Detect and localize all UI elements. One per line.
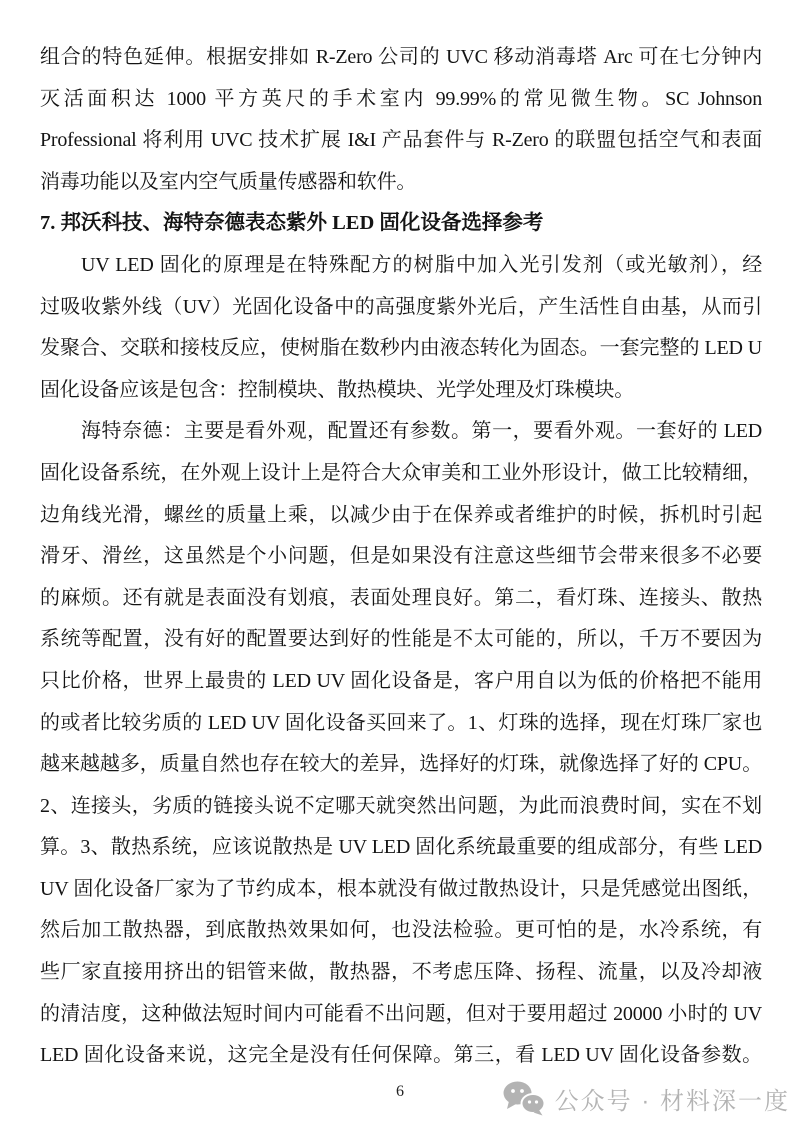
text-line: 发聚合、交联和接枝反应，使树脂在数秒内由液态转化为固态。一套完整的 LED U [40, 328, 762, 370]
text-line: 灭活面积达 1000 平方英尺的手术室内 99.99%的常见微生物。SC Joh… [40, 79, 762, 121]
watermark-label: 公众号 · 材料深一度 [555, 1081, 790, 1116]
text-line: 滑牙、滑丝，这虽然是个小问题，但是如果没有注意这些细节会带来很多不必要 [40, 536, 762, 578]
section-heading: 7. 邦沃科技、海特奈德表态紫外 LED 固化设备选择参考 [40, 203, 762, 245]
text-line: 固化设备系统，在外观上设计上是符合大众审美和工业外形设计，做工比较精细， [40, 453, 762, 495]
watermark: 公众号 · 材料深一度 [503, 1080, 790, 1116]
text-line: 的或者比较劣质的 LED UV 固化设备买回来了。1、灯珠的选择，现在灯珠厂家也 [40, 703, 762, 745]
text-line: 只比价格，世界上最贵的 LED UV 固化设备是，客户用自以为低的价格把不能用 [40, 661, 762, 703]
text-line: 2、连接头，劣质的链接头说不定哪天就突然出问题，为此而浪费时间，实在不划 [40, 786, 762, 828]
text-line: 的清洁度，这种做法短时间内可能看不出问题，但对于要用超过 20000 小时的 U… [40, 994, 762, 1036]
text-line: 消毒功能以及室内空气质量传感器和软件。 [40, 162, 762, 204]
text-line: 的麻烦。还有就是表面没有划痕，表面处理良好。第二，看灯珠、连接头、散热 [40, 578, 762, 620]
text-line: 固化设备应该是包含：控制模块、散热模块、光学处理及灯珠模块。 [40, 370, 762, 412]
text-line: 些厂家直接用挤出的铝管来做，散热器，不考虑压降、扬程、流量，以及冷却液 [40, 952, 762, 994]
text-line: Professional 将利用 UVC 技术扩展 I&I 产品套件与 R-Ze… [40, 120, 762, 162]
text-line: UV 固化设备厂家为了节约成本，根本就没有做过散热设计，只是凭感觉出图纸， [40, 869, 762, 911]
text-line: 越来越越多，质量自然也存在较大的差异，选择好的灯珠，就像选择了好的 CPU。 [40, 744, 762, 786]
document-body: 组合的特色延伸。根据安排如 R-Zero 公司的 UVC 移动消毒塔 Arc 可… [40, 37, 762, 1077]
text-line: 边角线光滑，螺丝的质量上乘，以减少由于在保养或者维护的时候，拆机时引起 [40, 495, 762, 537]
wechat-icon [503, 1080, 545, 1116]
text-line: 组合的特色延伸。根据安排如 R-Zero 公司的 UVC 移动消毒塔 Arc 可… [40, 37, 762, 79]
text-line: UV LED 固化的原理是在特殊配方的树脂中加入光引发剂（或光敏剂），经 [40, 245, 762, 287]
text-line: 算。3、散热系统，应该说散热是 UV LED 固化系统最重要的组成部分，有些 L… [40, 827, 762, 869]
text-line: LED 固化设备来说，这完全是没有任何保障。第三，看 LED UV 固化设备参数… [40, 1035, 762, 1077]
text-line: 系统等配置，没有好的配置要达到好的性能是不太可能的，所以，千万不要因为 [40, 619, 762, 661]
text-line: 然后加工散热器，到底散热效果如何，也没法检验。更可怕的是，水冷系统，有 [40, 910, 762, 952]
text-line: 过吸收紫外线（UV）光固化设备中的高强度紫外光后，产生活性自由基，从而引 [40, 287, 762, 329]
text-line: 海特奈德：主要是看外观，配置还有参数。第一，要看外观。一套好的 LED UV [40, 411, 762, 453]
